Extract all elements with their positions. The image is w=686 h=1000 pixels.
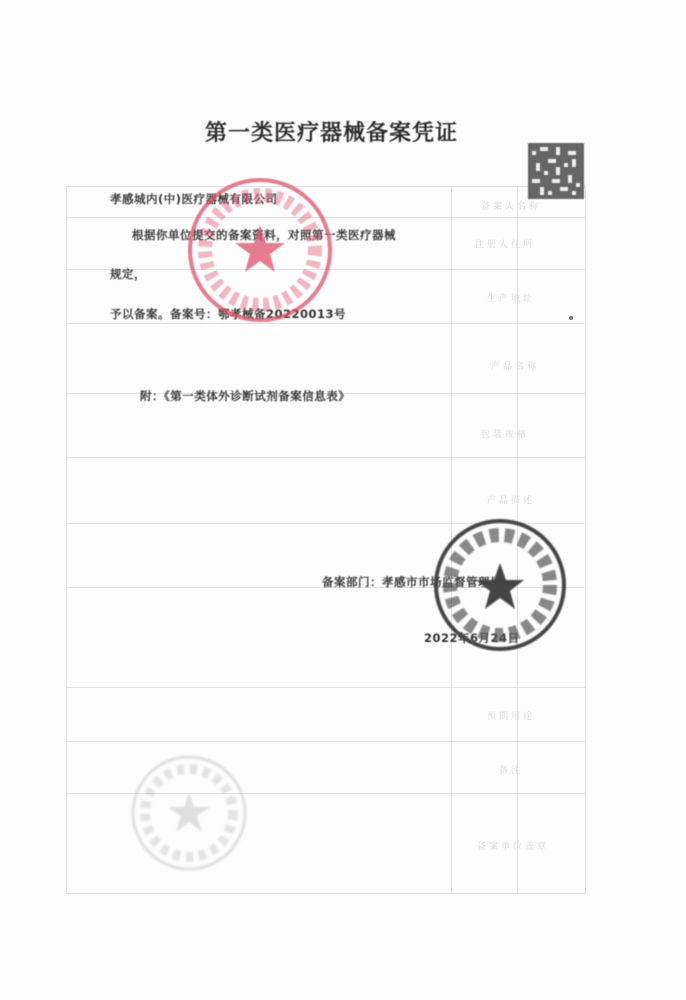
ghost-row-label: 产品描述: [487, 493, 535, 506]
document-title: 第一类医疗器械备案凭证: [205, 116, 458, 147]
issuer-label: 备案部门：: [322, 575, 382, 589]
star-icon: [476, 563, 524, 609]
table-row-divider: [67, 687, 585, 688]
attachment-line: 附：《第一类体外诊断试剂备案信息表》: [140, 388, 350, 404]
ghost-row-label: 产品名称: [491, 359, 539, 372]
ghost-row-label: 备案人名称: [481, 199, 541, 212]
ink-dot: [569, 316, 573, 320]
qr-code-icon: [528, 143, 584, 199]
certificate-page: 备案人名称 注册人住所 生产地址 产品名称 包装规格 产品描述 预期用途 备注 …: [0, 0, 686, 1000]
issuer-seal: [432, 517, 568, 653]
ghost-row-label: 注册人住所: [475, 237, 535, 250]
ghost-row-label: 包装规格: [481, 427, 529, 440]
applicant-seal: [185, 175, 335, 325]
ghost-row-label: 备案单位盖章: [477, 839, 549, 852]
ghost-row-label: 生产地址: [487, 291, 535, 304]
table-row-divider: [67, 457, 585, 458]
ghost-row-label: 预期用途: [487, 709, 535, 722]
table-row-divider: [67, 741, 585, 742]
star-icon: [235, 225, 285, 272]
show-through-seal: [128, 752, 250, 874]
body-line-2: 规定，: [110, 266, 146, 282]
ghost-row-label: 备注: [499, 763, 523, 776]
